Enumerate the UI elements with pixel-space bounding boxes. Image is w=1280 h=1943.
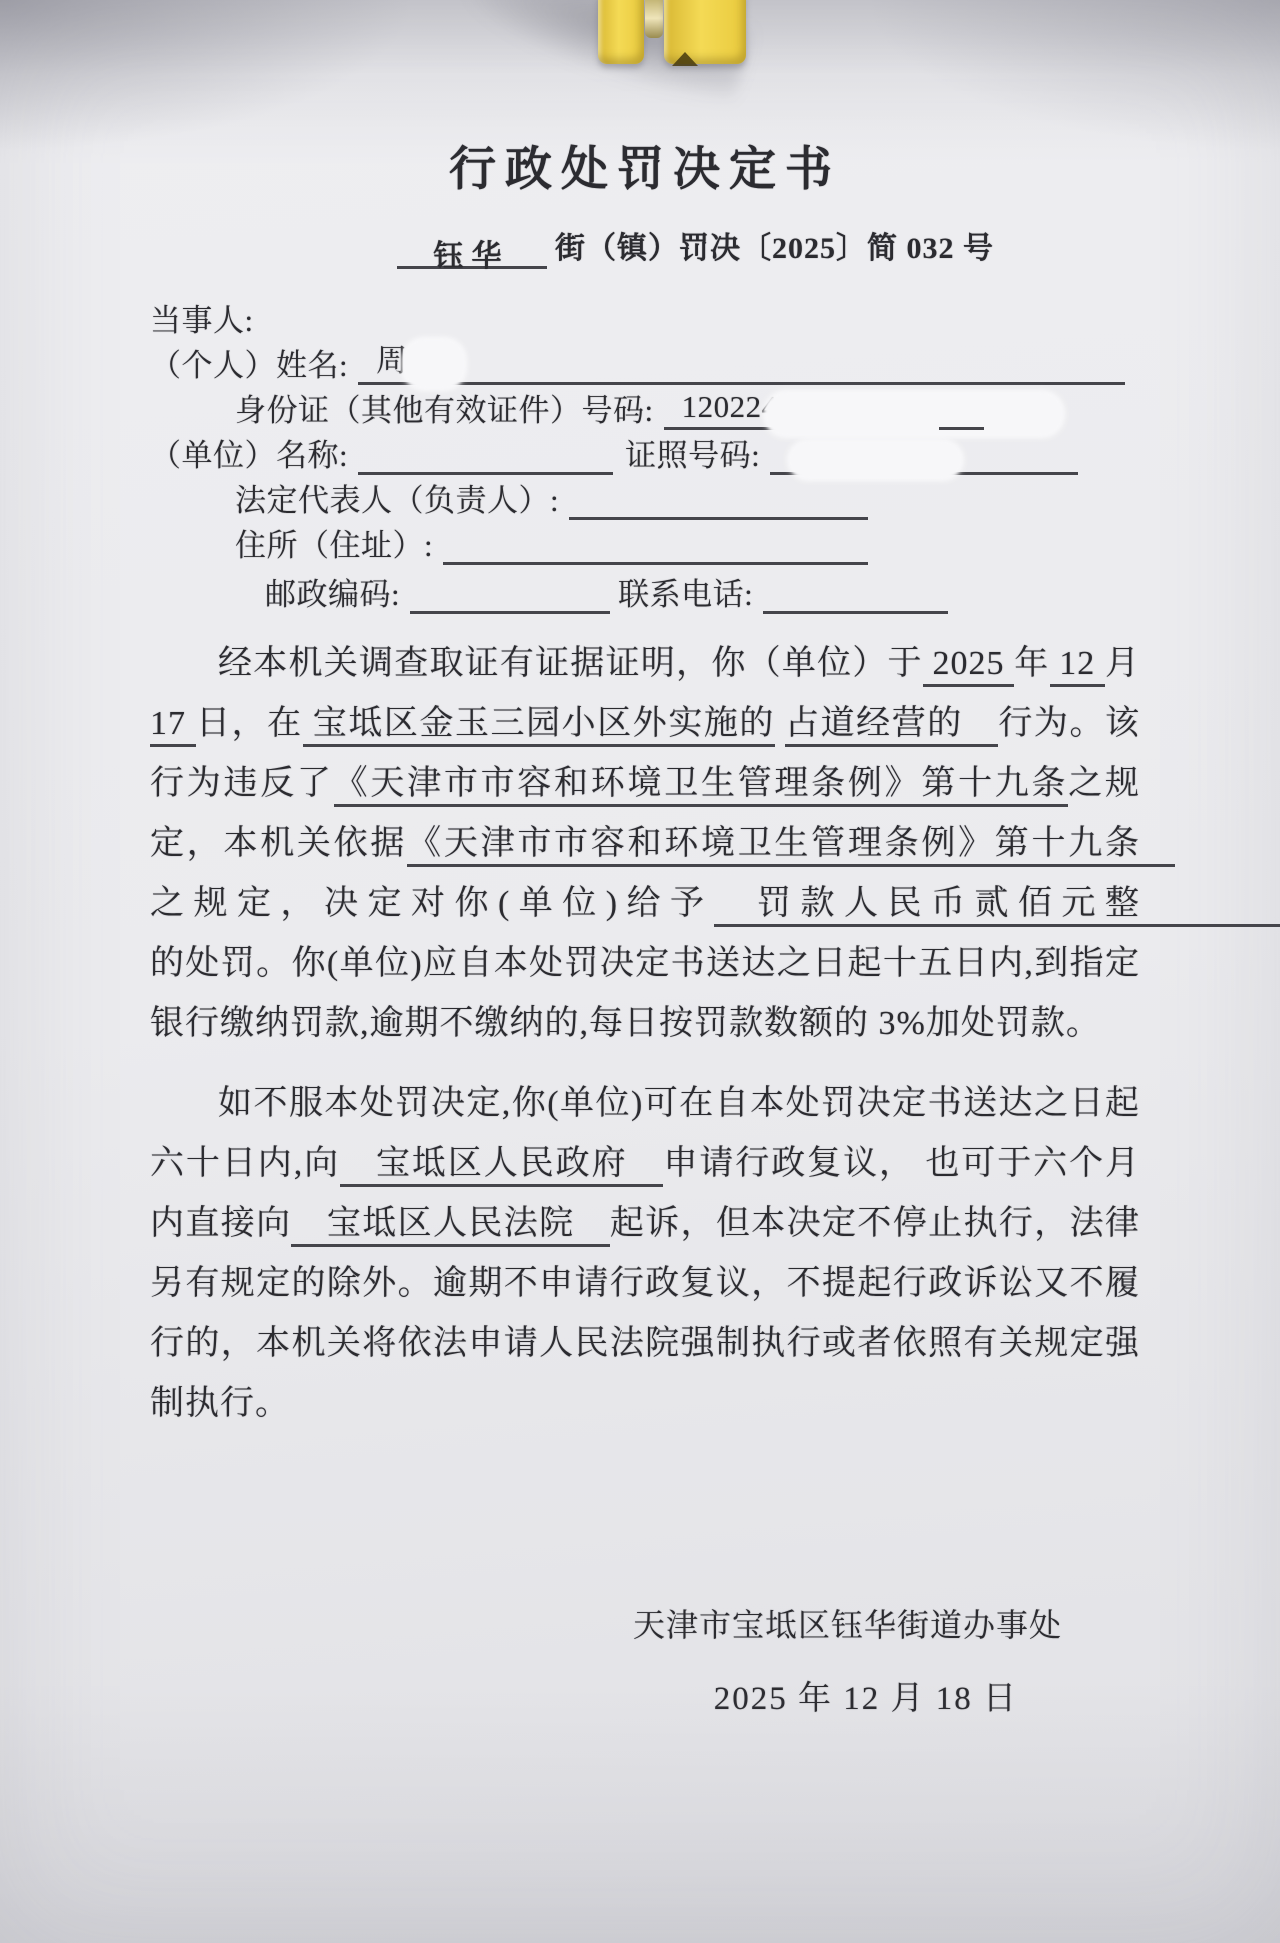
- filled-in-blank: 宝坻区金玉三园小区外实施的: [303, 705, 775, 747]
- legal-rep-blank: [569, 482, 868, 520]
- document-number-text: 街（镇）罚决〔2025〕简 032 号: [555, 232, 994, 265]
- printed-text: 之规定，决定对你(单位)给予: [150, 885, 714, 922]
- license-number-blank: [770, 437, 1078, 475]
- printed-text: 日，在: [196, 705, 303, 742]
- address-blank: [443, 527, 868, 565]
- legal-rep-line: 法定代表人（负责人）:: [150, 475, 1140, 520]
- id-number-line: 身份证（其他有效证件）号码: 1202241: [150, 385, 1140, 430]
- phone-label: 联系电话:: [618, 569, 753, 614]
- phone-blank: [763, 576, 948, 614]
- filled-in-blank: 2025: [923, 645, 1014, 687]
- filled-in-blank: 《天津市市容和环境卫生管理条例》第十九条: [407, 825, 1175, 867]
- postcode-label: 邮政编码:: [265, 569, 400, 614]
- unit-name-label: （单位）名称:: [150, 430, 348, 475]
- address-label: 住所（住址）:: [235, 520, 433, 565]
- person-name-blank: 周: [358, 347, 1125, 385]
- printed-text: 月: [1105, 645, 1140, 682]
- person-name-label: （个人）姓名:: [150, 340, 348, 385]
- license-number-label: 证照号码:: [625, 430, 760, 475]
- printed-text: 年: [1014, 645, 1049, 682]
- postcode-phone-line: 邮政编码: 联系电话:: [150, 569, 1140, 614]
- filled-in-blank: 罚款人民币贰佰元整: [714, 885, 1280, 927]
- paper-clip: [598, 0, 746, 64]
- party-label: 当事人:: [150, 295, 254, 340]
- postcode-blank: [410, 576, 610, 614]
- person-name-line: （个人）姓名: 周: [150, 340, 1140, 385]
- license-redaction-blob: [788, 440, 963, 480]
- penalty-decision-paper: 行政处罚决定书 钰华 街（镇）罚决〔2025〕简 032 号 当事人: （个人）…: [0, 0, 1280, 1943]
- document-number: 钰华 街（镇）罚决〔2025〕简 032 号: [150, 223, 1140, 269]
- printed-text: [775, 705, 785, 742]
- legal-rep-label: 法定代表人（负责人）:: [235, 475, 559, 520]
- paper-clip-right-prong: [664, 0, 746, 64]
- document-photo: 行政处罚决定书 钰华 街（镇）罚决〔2025〕简 032 号 当事人: （个人）…: [0, 0, 1280, 1943]
- printed-text: 经本机关调查取证有证据证明，你（单位）于: [218, 645, 923, 682]
- id-trailing-blank: [939, 392, 984, 430]
- paragraph-appeal-rights: 如不服本处罚决定,你(单位)可在自本处罚决定书送达之日起六十日内,向 宝坻区人民…: [150, 1074, 1140, 1434]
- filled-in-blank: 占道经营的: [785, 705, 998, 747]
- name-redaction-blob: [402, 338, 466, 390]
- filled-in-blank: 17: [150, 705, 196, 747]
- document-title: 行政处罚决定书: [150, 132, 1140, 199]
- unit-name-blank: [358, 437, 613, 475]
- party-label-line: 当事人:: [150, 295, 1140, 340]
- issue-date: 2025 年 12 月 18 日: [150, 1672, 1140, 1719]
- id-redaction-blob: [764, 391, 1064, 437]
- street-name-blank: 钰华: [397, 231, 547, 269]
- address-line: 住所（住址）:: [150, 520, 1140, 565]
- issuing-authority: 天津市宝坻区钰华街道办事处: [150, 1600, 1140, 1646]
- filled-in-blank: 宝坻区人民政府: [340, 1145, 663, 1187]
- street-name-value: 钰华: [434, 240, 510, 273]
- paper-clip-metal-glint: [645, 0, 663, 38]
- paper-clip-left-prong: [598, 0, 644, 64]
- party-info-section: 当事人: （个人）姓名: 周 身份证（其他有效证件）号码: 1202241 （单…: [150, 295, 1140, 614]
- printed-text: 的处罚。你(单位)应自本处罚决定书送达之日起十五日内,到指定银行缴纳罚款,逾期不…: [150, 945, 1140, 1042]
- paragraph-facts-and-penalty: 经本机关调查取证有证据证明，你（单位）于 2025 年 12 月 17 日，在 …: [150, 634, 1140, 1054]
- filled-in-blank: 12: [1050, 645, 1105, 687]
- id-number-blank: 1202241: [664, 392, 929, 430]
- filled-in-blank: 《天津市市容和环境卫生管理条例》第十九条: [334, 765, 1069, 807]
- id-number-label: 身份证（其他有效证件）号码:: [235, 385, 654, 430]
- filled-in-blank: 宝坻区人民法院: [291, 1205, 609, 1247]
